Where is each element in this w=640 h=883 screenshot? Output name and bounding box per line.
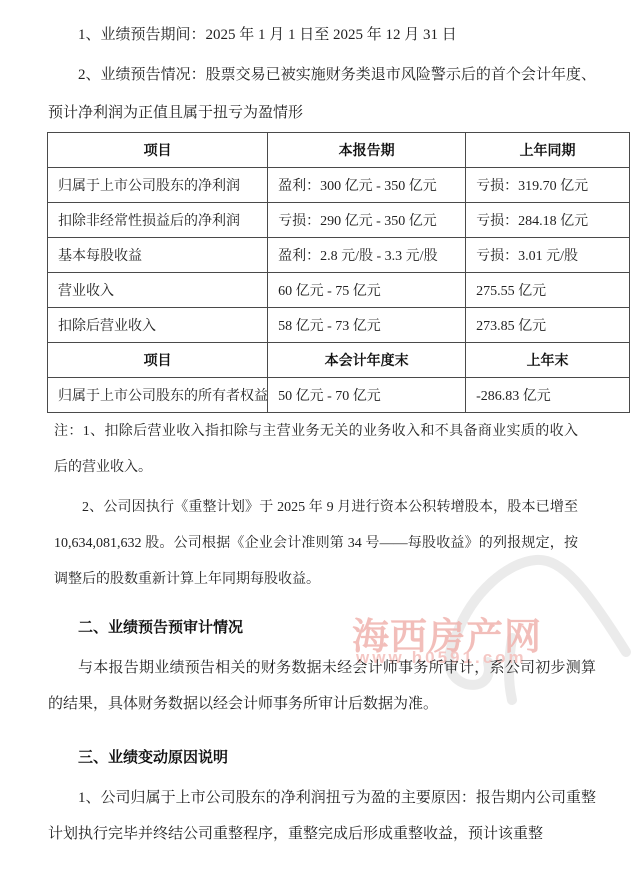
table-cell: 亏损：290 亿元 - 350 亿元 <box>268 203 466 238</box>
table-row: 基本每股收益 盈利：2.8 元/股 - 3.3 元/股 亏损：3.01 元/股 <box>48 238 630 273</box>
table-cell: 营业收入 <box>48 273 268 308</box>
table-cell: 58 亿元 - 73 亿元 <box>268 308 466 343</box>
header-cell-current: 本报告期 <box>268 133 466 168</box>
table-cell: 亏损：3.01 元/股 <box>466 238 630 273</box>
header-cell-prior: 上年同期 <box>466 133 630 168</box>
table-row: 归属于上市公司股东的净利润 盈利：300 亿元 - 350 亿元 亏损：319.… <box>48 168 630 203</box>
table-cell: 归属于上市公司股东的净利润 <box>48 168 268 203</box>
document-page: 海西房产网 www.h0591.com 1、业绩预告期间：2025 年 1 月 … <box>0 0 640 883</box>
intro-paragraph-situation: 2、业绩预告情况：股票交易已被实施财务类退市风险警示后的首个会计年度、预计净利润… <box>48 56 596 132</box>
section-reasons-body: 1、公司归属于上市公司股东的净利润扭亏为盈的主要原因：报告期内公司重整计划执行完… <box>48 780 596 852</box>
table-cell: 60 亿元 - 75 亿元 <box>268 273 466 308</box>
section-audit-body: 与本报告期业绩预告相关的财务数据未经会计师事务所审计，系公司初步测算的结果，具体… <box>48 650 596 722</box>
table-cell: -286.83 亿元 <box>466 378 630 413</box>
table-cell: 盈利：300 亿元 - 350 亿元 <box>268 168 466 203</box>
table-cell: 扣除后营业收入 <box>48 308 268 343</box>
note-paragraph-2: 2、公司因执行《重整计划》于 2025 年 9 月进行资本公积转增股本，股本已增… <box>54 490 578 598</box>
table-row: 归属于上市公司股东的所有者权益 50 亿元 - 70 亿元 -286.83 亿元 <box>48 378 630 413</box>
performance-table-wrap: 项目 本报告期 上年同期 归属于上市公司股东的净利润 盈利：300 亿元 - 3… <box>47 132 630 413</box>
table-cell: 基本每股收益 <box>48 238 268 273</box>
table-cell: 亏损：319.70 亿元 <box>466 168 630 203</box>
intro-paragraph-period: 1、业绩预告期间：2025 年 1 月 1 日至 2025 年 12 月 31 … <box>48 16 596 54</box>
section-audit-heading: 二、业绩预告预审计情况 <box>48 609 596 647</box>
table-row: 扣除非经常性损益后的净利润 亏损：290 亿元 - 350 亿元 亏损：284.… <box>48 203 630 238</box>
header-cell-item: 项目 <box>48 343 268 378</box>
table-cell: 亏损：284.18 亿元 <box>466 203 630 238</box>
table-cell: 扣除非经常性损益后的净利润 <box>48 203 268 238</box>
note-paragraph-1: 注：1、扣除后营业收入指扣除与主营业务无关的业务收入和不具备商业实质的收入后的营… <box>54 414 578 486</box>
table-cell: 275.55 亿元 <box>466 273 630 308</box>
table-header-row-yearend: 项目 本会计年度末 上年末 <box>48 343 630 378</box>
header-cell-prioryearend: 上年末 <box>466 343 630 378</box>
table-row: 扣除后营业收入 58 亿元 - 73 亿元 273.85 亿元 <box>48 308 630 343</box>
header-cell-yearend: 本会计年度末 <box>268 343 466 378</box>
table-cell: 盈利：2.8 元/股 - 3.3 元/股 <box>268 238 466 273</box>
table-header-row: 项目 本报告期 上年同期 <box>48 133 630 168</box>
table-row: 营业收入 60 亿元 - 75 亿元 275.55 亿元 <box>48 273 630 308</box>
table-cell: 归属于上市公司股东的所有者权益 <box>48 378 268 413</box>
table-cell: 50 亿元 - 70 亿元 <box>268 378 466 413</box>
table-cell: 273.85 亿元 <box>466 308 630 343</box>
header-cell-item: 项目 <box>48 133 268 168</box>
section-reasons-heading: 三、业绩变动原因说明 <box>48 739 596 777</box>
performance-table: 项目 本报告期 上年同期 归属于上市公司股东的净利润 盈利：300 亿元 - 3… <box>47 132 630 413</box>
